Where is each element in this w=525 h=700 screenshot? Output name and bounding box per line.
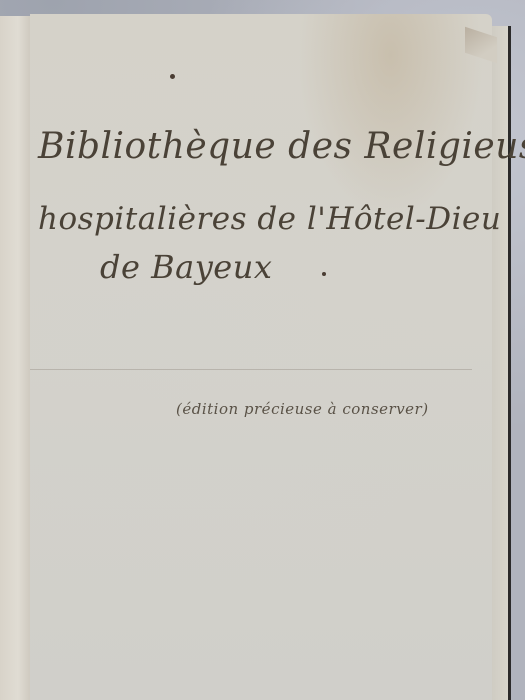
inscription-line-1: Bibliothèque des Religieuses xyxy=(38,126,525,167)
ink-spot xyxy=(170,74,175,79)
flyleaf-page xyxy=(30,14,492,700)
inscription-line-3: de Bayeux xyxy=(100,248,272,286)
book: Bibliothèque des Religieuses hospitalièr… xyxy=(0,8,512,700)
page-fold-line xyxy=(30,369,472,370)
inscription-note: (édition précieuse à conserver) xyxy=(176,400,429,418)
inscription-line-2: hospitalières de l'Hôtel-Dieu xyxy=(38,201,501,237)
ink-spot xyxy=(322,272,326,276)
gutter-strip xyxy=(0,16,31,700)
